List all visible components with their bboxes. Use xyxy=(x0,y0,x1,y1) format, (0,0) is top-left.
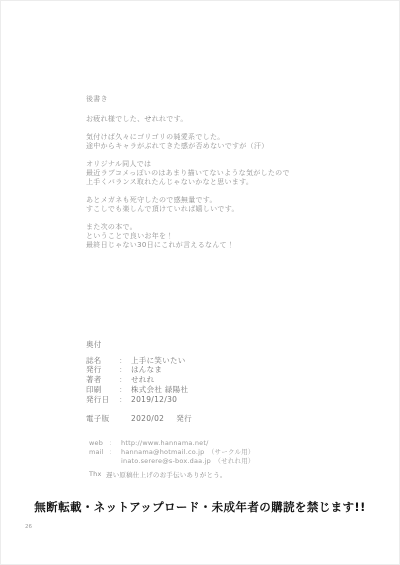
afterword-line: 最終日じゃない30日にこれが言えるなんて！ xyxy=(86,241,290,250)
thanks-text: 遅い原稿仕上げのお手伝いありがとう。 xyxy=(106,470,227,479)
afterword-paragraph: オリジナル同人では 最近ラブコメっぽいのはあまり描いてないような気がしたので 上… xyxy=(86,160,290,187)
contact-separator: ： xyxy=(109,448,121,466)
contact-section: web ： http://www.hannama.net/ mail ： han… xyxy=(89,439,255,467)
colophon-value: はんなま xyxy=(131,365,162,375)
colophon-row-digital-edition: 電子版 2020/02 発行 xyxy=(86,414,192,424)
reproduction-warning: 無断転載・ネットアップロード・未成年者の購読を禁じます!! xyxy=(1,499,399,515)
mail-addresses: hannama@hotmail.co.jp （サークル用） inato.sere… xyxy=(121,448,255,466)
colophon-title: 奥付 xyxy=(86,340,192,350)
afterword-line: ということで良いお年を！ xyxy=(86,232,290,241)
mail-address-author: inato.serere@s-box.daa.jp （せれれ用） xyxy=(121,457,255,466)
colophon-section: 奥付 誌名 ： 上手に笑いたい 発行 ： はんなま 著者 ： せれれ 印刷 ： … xyxy=(86,340,192,424)
mail-label: mail xyxy=(89,448,109,466)
afterword-line: お疲れ様でした、せれれです。 xyxy=(86,115,188,123)
colophon-label: 誌名 xyxy=(86,356,119,366)
afterword-line: 途中からキャラがぶれてきた感が否めないですが（汗） xyxy=(86,142,290,151)
digital-edition-date: 2020/02 xyxy=(131,414,164,424)
afterword-paragraph: また次の本で。 ということで良いお年を！ 最終日じゃない30日にこれが言えるなん… xyxy=(86,223,290,250)
web-label: web xyxy=(89,439,109,448)
contact-row-web: web ： http://www.hannama.net/ xyxy=(89,439,255,448)
thanks-label: Thx xyxy=(89,470,106,479)
digital-edition-label: 電子版 xyxy=(86,414,131,424)
colophon-row-title: 誌名 ： 上手に笑いたい xyxy=(86,356,192,366)
colophon-label: 発行日 xyxy=(86,395,119,405)
colophon-label: 発行 xyxy=(86,365,119,375)
colophon-label: 印刷 xyxy=(86,385,119,395)
colophon-row-publisher: 発行 ： はんなま xyxy=(86,365,192,375)
afterword-line: 気付けば久々にゴリゴリの純愛系でした。 xyxy=(86,133,290,142)
web-url: http://www.hannama.net/ xyxy=(121,439,209,448)
scanned-page: 後書き お疲れ様でした、せれれです。 気付けば久々にゴリゴリの純愛系でした。 途… xyxy=(0,0,400,565)
contact-row-mail: mail ： hannama@hotmail.co.jp （サークル用） ina… xyxy=(89,448,255,466)
afterword-section: 後書き お疲れ様でした、せれれです。 気付けば久々にゴリゴリの純愛系でした。 途… xyxy=(86,95,290,259)
afterword-line: あとメガネも死守したので感無量です。 xyxy=(86,196,290,205)
colophon-separator: ： xyxy=(119,375,131,385)
colophon-row-printer: 印刷 ： 株式会社 緑陽社 xyxy=(86,385,192,395)
afterword-paragraph: 気付けば久々にゴリゴリの純愛系でした。 途中からキャラがぶれてきた感が否めないで… xyxy=(86,133,290,151)
colophon-value: せれれ xyxy=(131,375,154,385)
thanks-line: Thx 遅い原稿仕上げのお手伝いありがとう。 xyxy=(89,470,227,479)
contact-separator: ： xyxy=(109,439,121,448)
afterword-line: 最近ラブコメっぽいのはあまり描いてないような気がしたので xyxy=(86,169,290,178)
digital-edition-suffix: 発行 xyxy=(176,414,192,424)
colophon-row-author: 著者 ： せれれ xyxy=(86,375,192,385)
afterword-line: 上手くバランス取れたんじゃないかなと思います。 xyxy=(86,178,290,187)
colophon-value: 上手に笑いたい xyxy=(131,356,186,366)
colophon-separator: ： xyxy=(119,395,131,405)
afterword-paragraph: あとメガネも死守したので感無量です。 すこしでも楽しんで頂けていれば嬉しいです。 xyxy=(86,196,290,214)
afterword-line: オリジナル同人では xyxy=(86,160,290,169)
colophon-label: 著者 xyxy=(86,375,119,385)
mail-address-circle: hannama@hotmail.co.jp （サークル用） xyxy=(121,448,255,457)
afterword-paragraph: お疲れ様でした、せれれです。 xyxy=(86,115,290,124)
afterword-line: また次の本で。 xyxy=(86,223,290,232)
colophon-separator: ： xyxy=(119,356,131,366)
colophon-separator: ： xyxy=(119,385,131,395)
colophon-separator: ： xyxy=(119,365,131,375)
afterword-title: 後書き xyxy=(86,95,290,104)
colophon-value: 株式会社 緑陽社 xyxy=(131,385,188,395)
colophon-value: 2019/12/30 xyxy=(131,395,177,405)
colophon-row-publish-date: 発行日 ： 2019/12/30 xyxy=(86,395,192,405)
page-number: 26 xyxy=(25,524,32,530)
afterword-line: すこしでも楽しんで頂けていれば嬉しいです。 xyxy=(86,205,290,214)
